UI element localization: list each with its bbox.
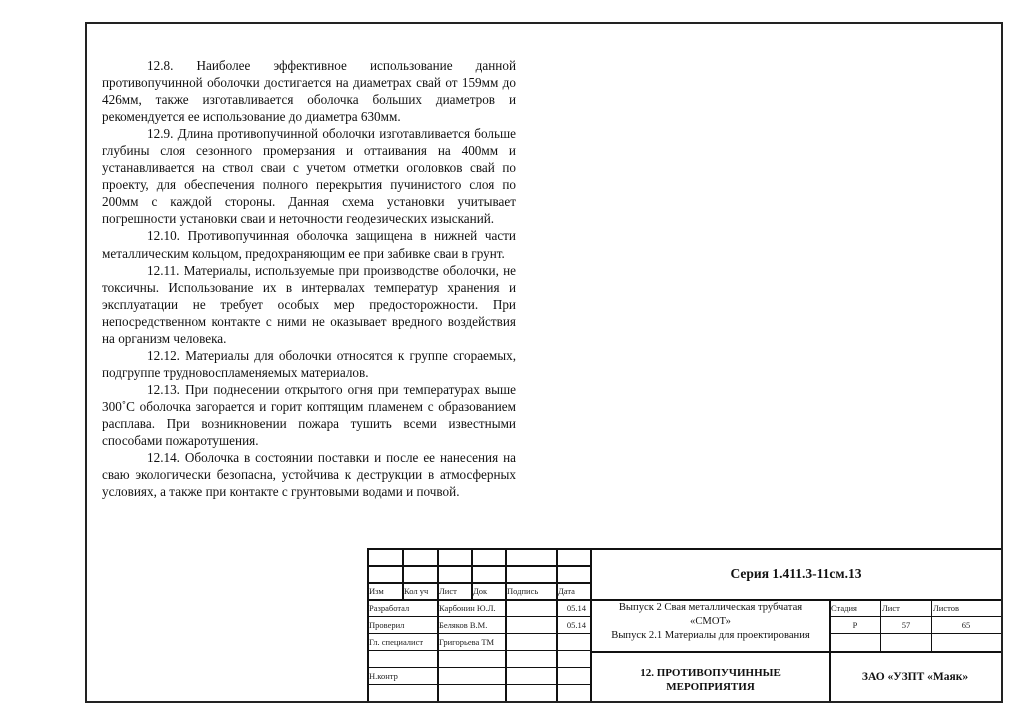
sheet-label: Лист [882,600,930,616]
issue-line-2: «СМОТ» [592,615,829,629]
paragraph-12-11: 12.11. Материалы, используемые при произ… [102,262,516,347]
issue-line-1: Выпуск 2 Свая металлическая трубчатая [592,601,829,615]
section-title: 12. ПРОТИВОПУЧИННЫЕ МЕРОПРИЯТИЯ [592,652,829,701]
section-title-line-2: МЕРОПРИЯТИЯ [592,680,829,694]
series-title: Серия 1.411.3-11см.13 [592,549,1000,599]
name-developed: Карбонин Ю.Л. [439,600,504,616]
header-izm: Изм [369,583,401,599]
name-checked: Беляков В.М. [439,617,504,633]
date-developed: 05.14 [558,600,586,616]
header-podpis: Подпись [507,583,555,599]
header-kol-uch: Кол уч [404,583,436,599]
sheet-value: 57 [882,617,930,633]
header-dok: Док [473,583,504,599]
paragraph-12-12: 12.12. Материалы для оболочки относятся … [102,347,516,381]
date-checked: 05.14 [558,617,586,633]
name-chief-specialist: Григорьева ТМ [439,634,504,650]
role-chief-specialist: Гл. специалист [369,634,436,650]
header-data: Дата [558,583,589,599]
tb-line [931,599,932,651]
paragraph-12-14: 12.14. Оболочка в состоянии поставки и п… [102,449,516,500]
paragraph-12-10: 12.10. Противопучинная оболочка защищена… [102,227,516,261]
role-norm-control: Н.контр [369,668,436,684]
role-developed: Разработал [369,600,436,616]
sheets-value: 65 [933,617,999,633]
tb-line [880,599,881,651]
paragraph-12-8: 12.8. Наиболее эффективное использование… [102,57,516,125]
issue-line-3: Выпуск 2.1 Материалы для проектирования [592,629,829,643]
document-body: 12.8. Наиболее эффективное использование… [102,57,516,500]
paragraph-12-13: 12.13. При поднесении открытого огня при… [102,381,516,449]
section-title-line-1: 12. ПРОТИВОПУЧИННЫЕ [592,666,829,680]
tb-line [830,633,1001,634]
role-checked: Проверил [369,617,436,633]
tb-line [505,548,507,701]
stage-label: Стадия [831,600,879,616]
header-list: Лист [439,583,470,599]
stage-value: Р [831,617,879,633]
sheets-label: Листов [933,600,999,616]
issue-description: Выпуск 2 Свая металлическая трубчатая «С… [592,600,829,652]
paragraph-12-9: 12.9. Длина противопучинной оболочки изг… [102,125,516,227]
organization-name: ЗАО «УЗПТ «Маяк» [830,652,1000,701]
